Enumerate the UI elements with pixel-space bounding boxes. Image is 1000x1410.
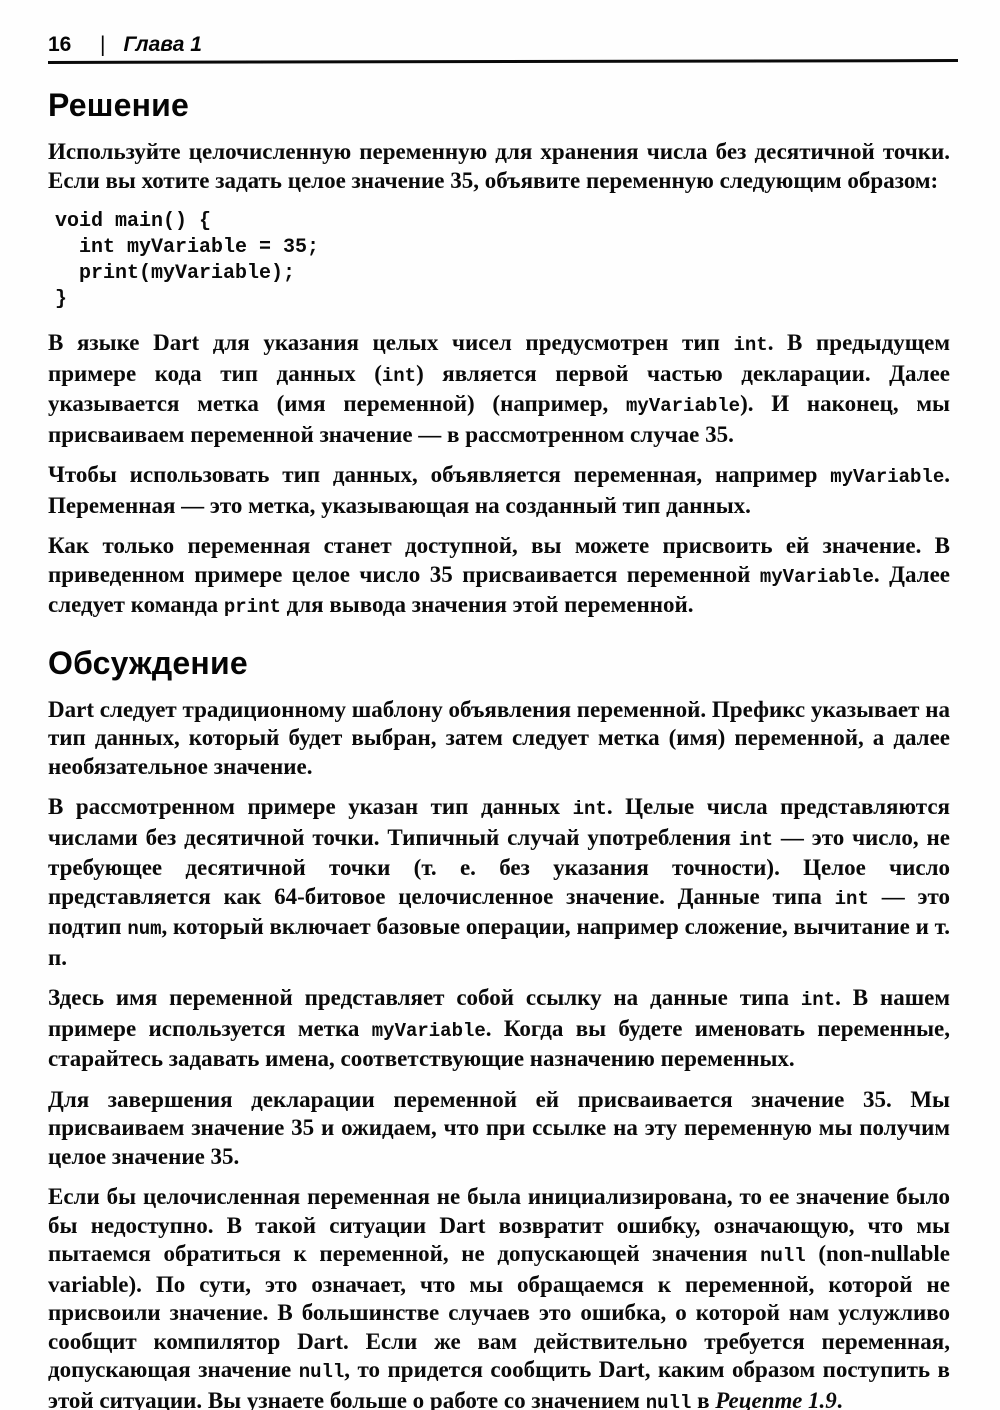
inline-code: myVariable bbox=[760, 566, 874, 588]
paragraph: Если бы целочисленная переменная не была… bbox=[48, 1183, 950, 1410]
inline-code: num bbox=[127, 918, 161, 940]
text-run: . bbox=[837, 1388, 843, 1410]
text-run: Чтобы использовать тип данных, объявляет… bbox=[48, 462, 830, 487]
inline-code: myVariable bbox=[372, 1020, 486, 1042]
inline-code: myVariable bbox=[830, 466, 944, 488]
recipe-reference: Рецепте 1.9 bbox=[715, 1388, 837, 1410]
text-run: в bbox=[691, 1388, 715, 1410]
paragraph: Здесь имя переменной представляет собой … bbox=[48, 984, 950, 1074]
inline-code: int bbox=[801, 989, 835, 1011]
inline-code: int bbox=[739, 829, 773, 851]
running-head: 16 | Глава 1 bbox=[48, 34, 950, 56]
inline-code: int bbox=[573, 798, 607, 820]
header-rule bbox=[48, 59, 958, 64]
code-block: void main() { int myVariable = 35; print… bbox=[48, 209, 950, 313]
text-run: Здесь имя переменной представляет собой … bbox=[48, 985, 801, 1010]
paragraph: Dart следует традиционному шаблону объяв… bbox=[48, 696, 950, 782]
inline-code: int bbox=[382, 365, 416, 387]
page-number: 16 bbox=[48, 34, 88, 56]
text-run: Используйте целочисленную переменную для… bbox=[48, 139, 950, 193]
paragraph: В языке Dart для указания целых чисел пр… bbox=[48, 329, 950, 449]
inline-code: int bbox=[835, 888, 869, 910]
text-run: для вывода значения этой переменной. bbox=[281, 592, 694, 617]
inline-code: null bbox=[760, 1245, 806, 1267]
inline-code: null bbox=[646, 1392, 692, 1410]
book-page: 16 | Глава 1 РешениеИспользуйте целочисл… bbox=[0, 0, 1000, 1410]
text-run: Dart следует традиционному шаблону объяв… bbox=[48, 697, 950, 779]
paragraph: Чтобы использовать тип данных, объявляет… bbox=[48, 461, 950, 520]
section-heading-discussion: Обсуждение bbox=[48, 646, 950, 680]
text-run: В рассмотренном примере указан тип данны… bbox=[48, 794, 573, 819]
paragraph: Как только переменная станет доступной, … bbox=[48, 532, 950, 622]
inline-code: int bbox=[733, 334, 767, 356]
text-run: В языке Dart для указания целых чисел пр… bbox=[48, 330, 733, 355]
section-heading-solution: Решение bbox=[48, 88, 950, 122]
paragraph: Используйте целочисленную переменную для… bbox=[48, 138, 950, 195]
paragraph: Для завершения декларации переменной ей … bbox=[48, 1086, 950, 1172]
inline-code: myVariable bbox=[626, 395, 740, 417]
inline-code: print bbox=[224, 596, 281, 618]
text-run: Для завершения декларации переменной ей … bbox=[48, 1087, 950, 1169]
text-run: , который включает базовые операции, нап… bbox=[48, 914, 950, 970]
paragraph: В рассмотренном примере указан тип данны… bbox=[48, 793, 950, 972]
chapter-title: Глава 1 bbox=[123, 34, 201, 56]
page-content: РешениеИспользуйте целочисленную перемен… bbox=[48, 88, 950, 1410]
inline-code: null bbox=[299, 1361, 345, 1383]
header-separator: | bbox=[100, 33, 105, 56]
